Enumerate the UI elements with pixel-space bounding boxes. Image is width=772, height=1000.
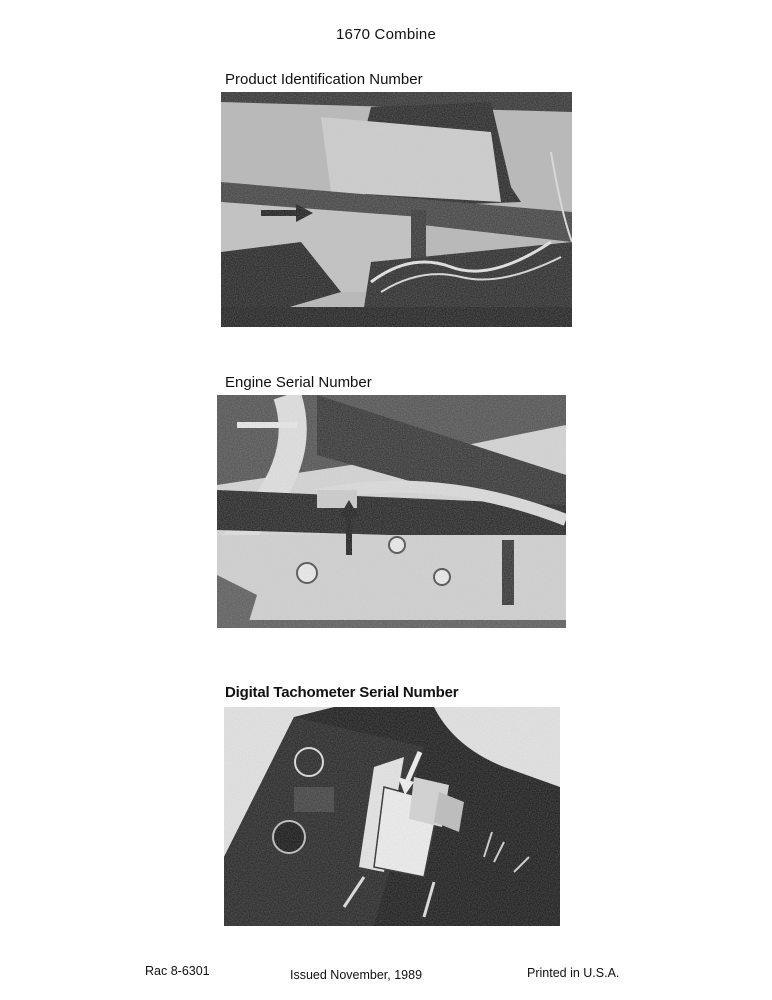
photo-tachometer-serial bbox=[224, 707, 560, 926]
footer-document-number: Rac 8-6301 bbox=[145, 964, 210, 978]
figure-caption-engine-serial: Engine Serial Number bbox=[225, 374, 372, 391]
figure-caption-product-id: Product Identification Number bbox=[225, 71, 423, 88]
footer-issue-date: Issued November, 1989 bbox=[290, 968, 422, 982]
footer-printed-in: Printed in U.S.A. bbox=[527, 966, 619, 980]
page-title: 1670 Combine bbox=[0, 26, 772, 43]
photo-product-identification bbox=[221, 92, 572, 327]
photo-engine-serial bbox=[217, 395, 566, 628]
figure-caption-tachometer-serial: Digital Tachometer Serial Number bbox=[225, 684, 458, 701]
